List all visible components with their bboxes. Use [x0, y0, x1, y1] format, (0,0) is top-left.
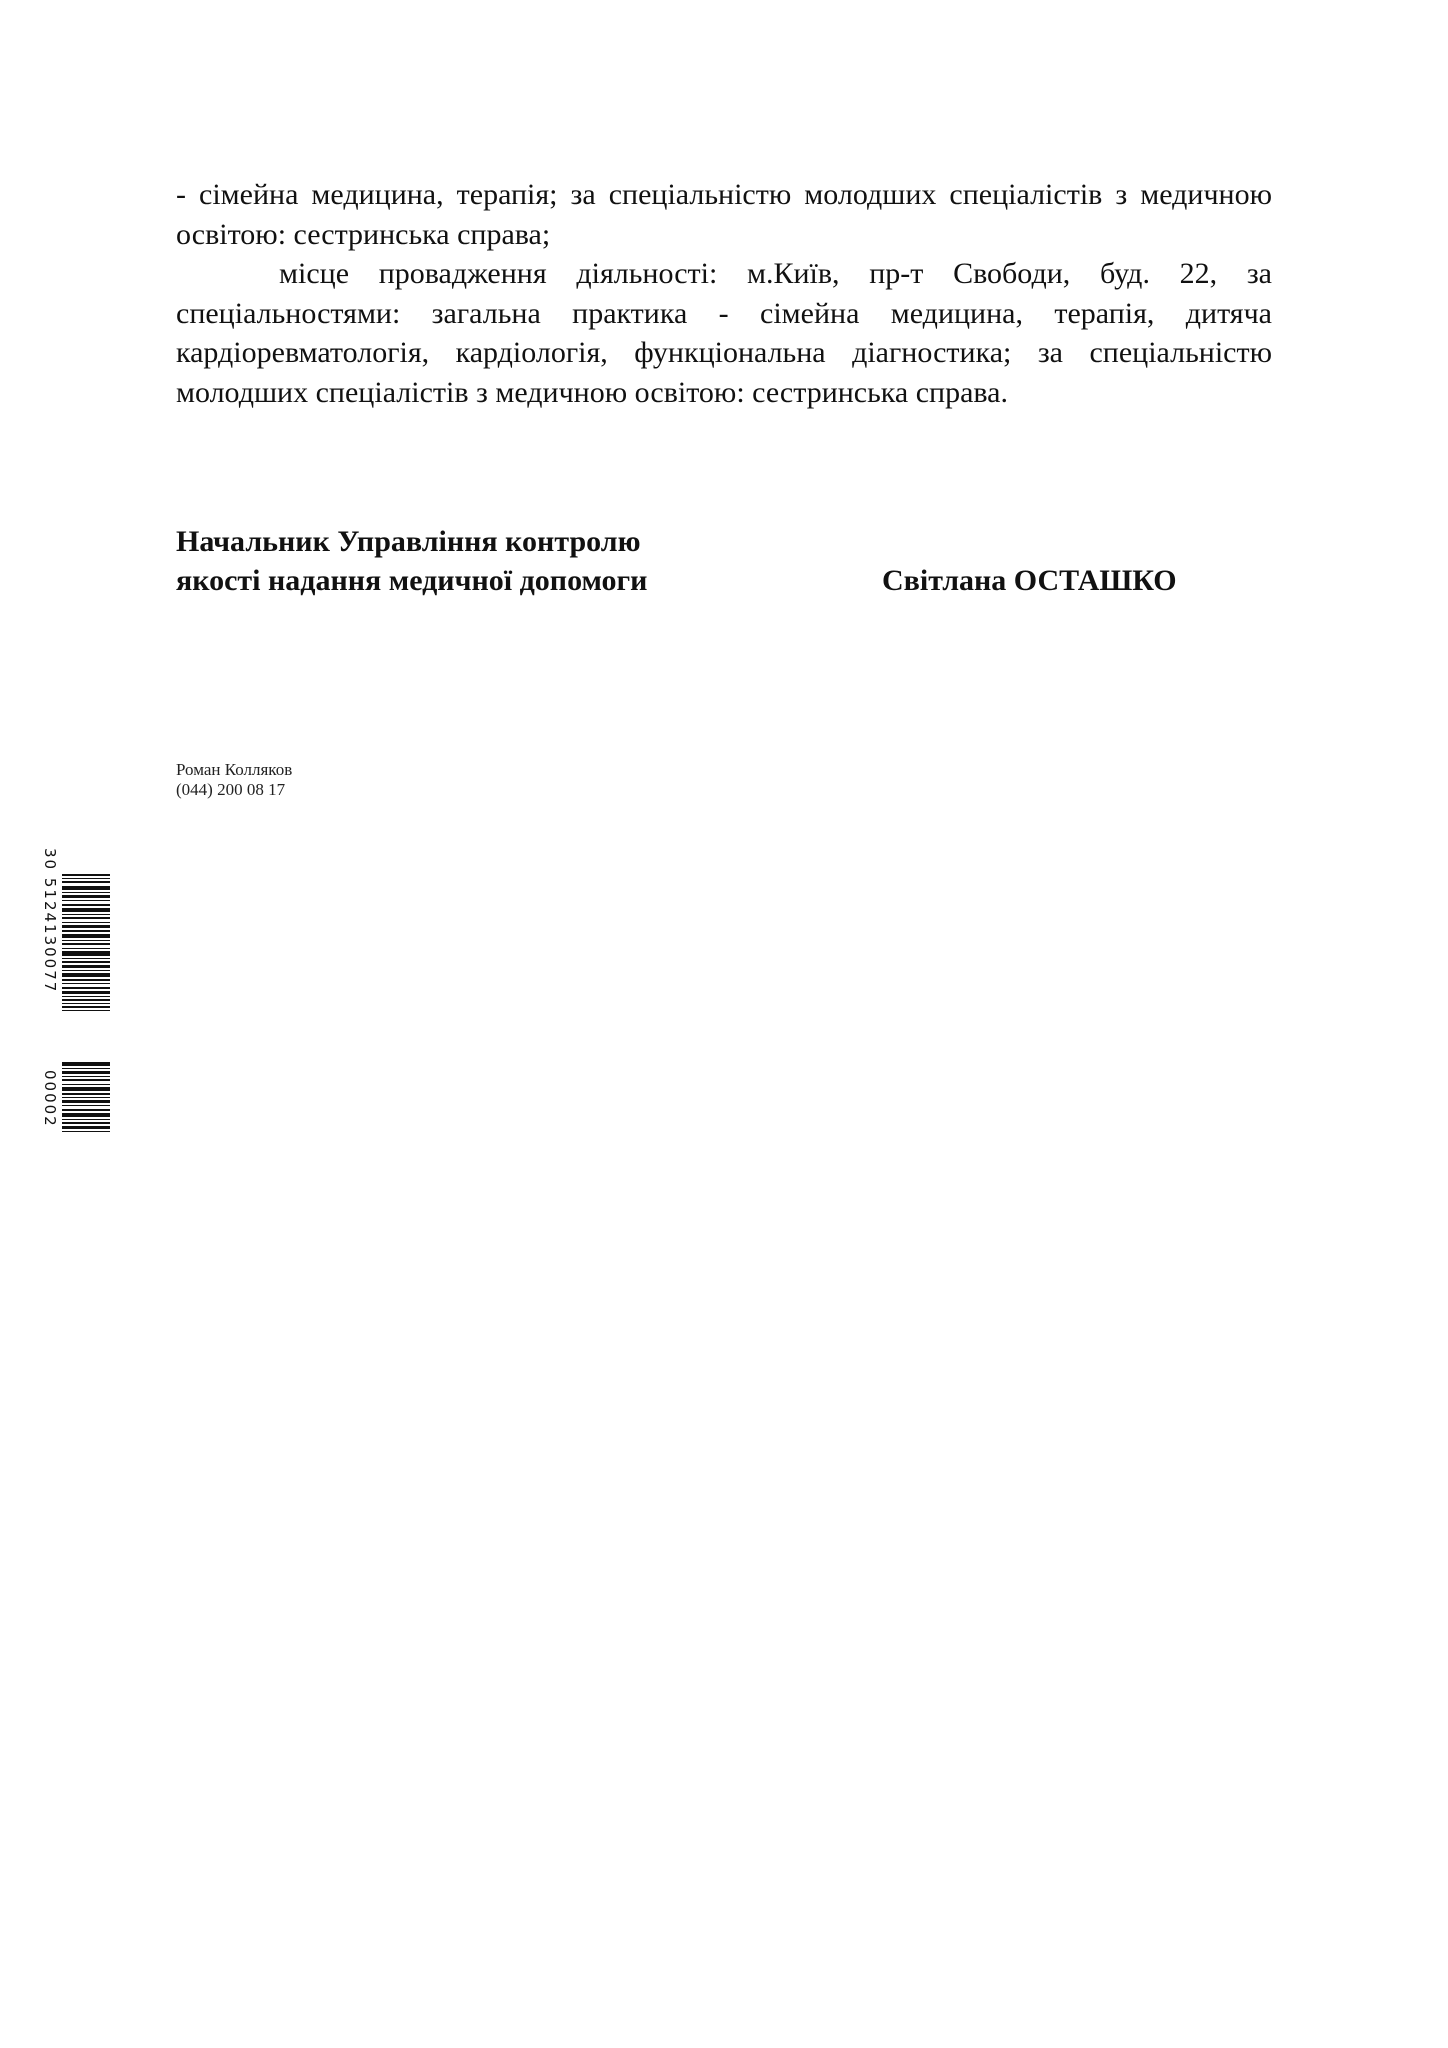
body-text: - сімейна медицина, терапія; за спеціаль…	[176, 175, 1272, 412]
barcode-number-main: 30 5124130077	[42, 848, 57, 993]
barcode-number-suffix: 00002	[42, 1070, 57, 1128]
executor-name: Роман Колляков	[176, 760, 292, 780]
signatory-title-line-1: Начальник Управління контролю	[176, 522, 816, 561]
paragraph-place-of-activity: місце провадження діяльності: м.Київ, пр…	[176, 254, 1272, 412]
executor-phone: (044) 200 08 17	[176, 780, 292, 800]
paragraph-specialties-continuation: - сімейна медицина, терапія; за спеціаль…	[176, 175, 1272, 254]
signatory-title: Начальник Управління контролю якості над…	[176, 522, 816, 600]
signatory-name: Світлана ОСТАШКО	[882, 561, 1177, 600]
barcode-bars-main	[62, 874, 110, 1054]
document-page: - сімейна медицина, терапія; за спеціаль…	[0, 0, 1448, 2048]
executor-contact: Роман Колляков (044) 200 08 17	[176, 760, 292, 800]
barcode-bars-suffix	[62, 1062, 110, 1150]
signatory-title-line-2: якості надання медичної допомоги	[176, 561, 816, 600]
barcode: 30 5124130077 00002	[38, 848, 110, 1154]
